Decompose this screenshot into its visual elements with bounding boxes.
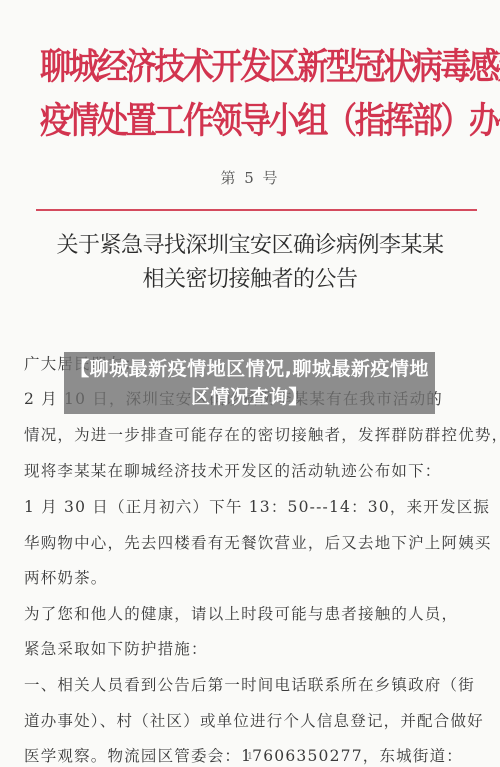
body-line: 情况，为进一步排查可能存在的密切接触者，发挥群防群控优势， (24, 423, 480, 445)
body-line: 为了您和他人的健康，请以上时段可能与患者接触的人员， (24, 602, 480, 624)
document-number: 第 5 号 (0, 167, 500, 188)
body-line: 道办事处）、村（社区）或单位进行个人信息登记，并配合做好 (24, 709, 480, 731)
notice-title-line-1: 关于紧急寻找深圳宝安区确诊病例李某某 (0, 228, 500, 259)
issuer-title-line-1: 聊城经济技术开发区新型冠状病毒感染的肺炎 (40, 44, 465, 90)
caption-overlay-text: 【聊城最新疫情地区情况,聊城最新疫情地区情况查询】 (64, 352, 435, 411)
red-divider (36, 209, 477, 211)
body-line: 紧急采取如下防护措施： (24, 637, 480, 659)
issuer-title-line-2: 疫情处置工作领导小组（指挥部）办公室 (40, 98, 465, 144)
notice-title-line-2: 相关密切接触者的公告 (0, 262, 500, 293)
body-line: 1 月 30 日（正月初六）下午 13：50---14：30，来开发区振 (24, 495, 480, 517)
body-line: 两杯奶茶。 (24, 566, 480, 588)
body-line: 华购物中心，先去四楼看有无餐饮营业，后又去地下沪上阿姨买 (24, 531, 480, 553)
body-line: 一、相关人员看到公告后第一时间电话联系所在乡镇政府（街 (24, 673, 480, 695)
page-number: 1 (0, 752, 500, 762)
body-line: 现将李某某在聊城经济技术开发区的活动轨迹公布如下： (24, 459, 480, 481)
